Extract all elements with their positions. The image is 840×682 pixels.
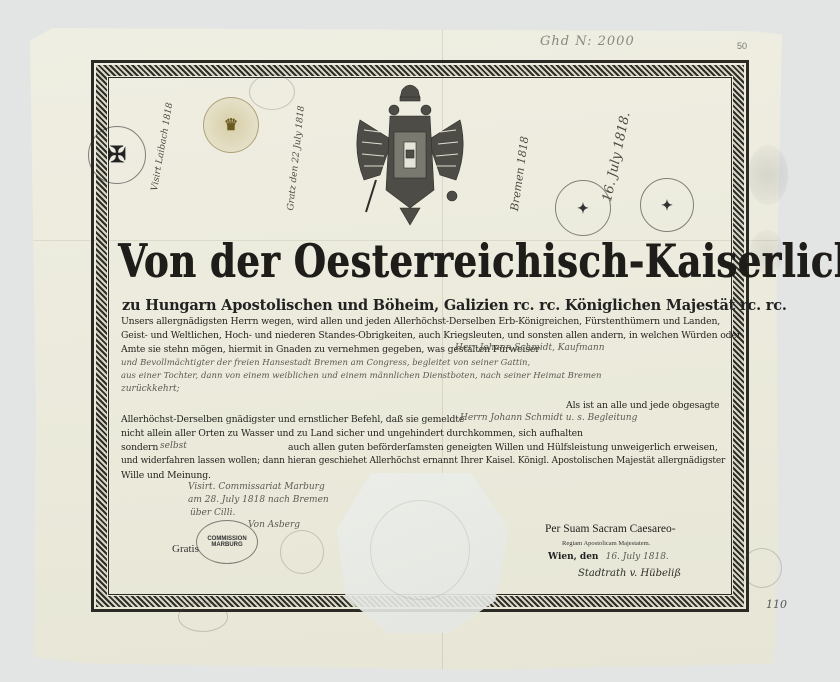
coat-of-arms-eagle-icon [350,80,470,230]
gratis-label: Gratis [172,543,199,555]
clause-2-line-3: sondern [121,442,158,453]
handwritten-bearer-1: Herr Johann Schmidt, Kaufmann [455,343,605,353]
clause-2-line-1: Allerhöchst-Derselben gnädigster und ern… [121,414,464,425]
handwritten-bearer-2: und Bevollmächtigter der freien Hansesta… [121,358,530,368]
body-line-2: Geist- und Weltlichen, Hoch- und niedere… [121,330,741,341]
clause-2-start: Als ist an alle und jede obgesagte [566,400,719,411]
stamp-crown-gold: ♛ [203,97,259,153]
official-signature: Stadtrath v. Hübeliß [578,568,681,579]
clause-2-line-4: auch allen guten beförderſamsten geneigt… [288,442,718,453]
eagle-icon: ✦ [641,179,693,231]
issuing-authority-line-1: Per Suam Sacram Caesareo- [545,523,676,535]
clause-2-line-5: und widerfahren lassen wollen; dann hier… [121,456,725,466]
stamp-round-right-2: ✦ [640,178,694,232]
page-number: 50 [737,41,747,51]
handwritten-bearer-4: zurückkehrt; [121,384,180,394]
stamp-eagle-left: ✠ [88,126,146,184]
archive-annotation: Ghd N: 2000 [540,34,635,49]
crown-icon: ♛ [204,98,258,152]
body-line-1: Unsers allergnädigsten Herrn wegen, wird… [121,316,720,327]
handwritten-name: Herrn Johann Schmidt u. s. Begleitung [460,413,637,423]
eagle-icon: ✠ [89,127,145,183]
place-date-value: 16. July 1818. [606,552,669,562]
handwritten-bearer-3: aus einer Tochter, dann von einem weibli… [121,371,602,381]
seal-emboss [370,500,470,600]
stamp-faded-bottom [280,530,324,574]
stamp-grey-edge-1 [748,145,788,205]
clause-2-line-6: Wille und Meinung. [121,470,211,481]
clause-2-line-2: nicht allein aller Orten zu Wasser und z… [121,428,583,439]
place-date-label: Wien, den [548,552,598,562]
endorsement-line-2: am 28. July 1818 nach Bremen [188,495,329,505]
endorsement-line-4: Von Asberg [248,520,300,530]
place-date: Wien, den 16. July 1818. [548,552,669,562]
document-title: Von der Oesterreichisch-Kaiserlichen, [118,233,733,288]
stamp-faded-lower-right [742,548,782,588]
bottom-annotation: 110 [766,598,787,611]
handwritten-selbst: selbst [160,441,187,451]
stamp-faded-lower-left [178,602,228,632]
document-subtitle: zu Hungarn Apostolischen und Böheim, Gal… [122,297,734,314]
endorsement-line-1: Visirt. Commissariat Marburg [188,482,325,492]
issuing-authority-line-2: Regiam Apostolicam Majestatem. [562,540,650,547]
endorsement-line-3: über Cilli. [190,508,235,518]
stamp-faded-top [249,74,295,110]
